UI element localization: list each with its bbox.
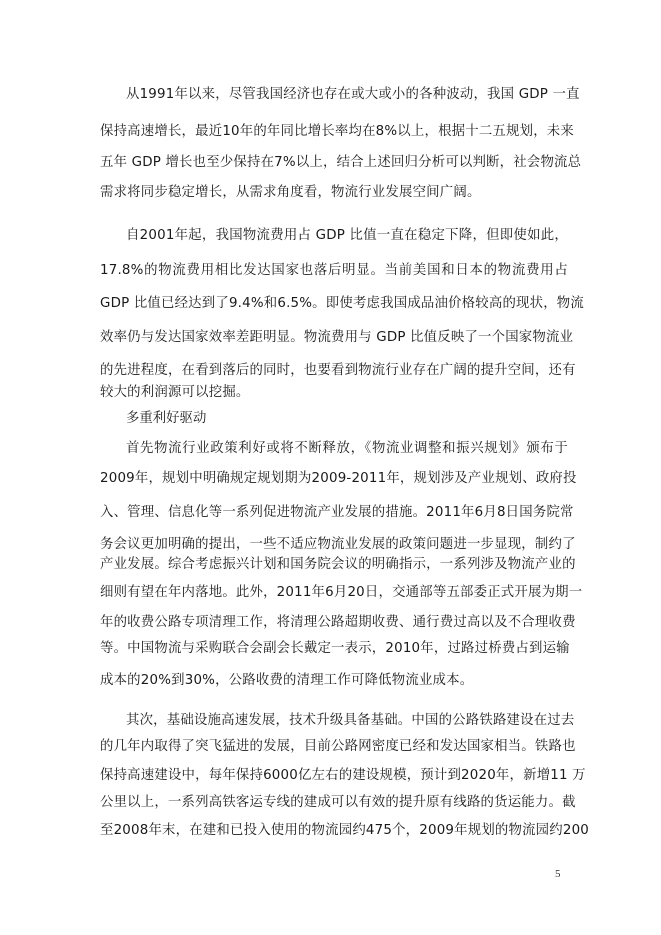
paragraph-2-line-2: 17.8%的物流费用相比发达国家也落后明显。当前美国和日本的物流费用占 xyxy=(100,262,568,280)
paragraph-1-line-3: 五年 GDP 增长也至少保持在7%以上，结合上述回归分析可以判断，社会物流总 xyxy=(100,154,568,172)
paragraph-1-line-1: 从1991年以来，尽管我国经济也存在或大或小的各种波动，我国 GDP 一直 xyxy=(126,86,568,104)
section-heading: 多重利好驱动 xyxy=(126,410,206,428)
paragraph-2-line-3: GDP 比值已经达到了9.4%和6.5%。即使考虑我国成品油价格较高的现状，物流 xyxy=(100,295,568,313)
paragraph-2-line-4: 效率仍与发达国家效率差距明显。物流费用与 GDP 比值反映了一个国家物流业 xyxy=(100,329,568,347)
paragraph-3-line-8: 等。中国物流与采购联合会副会长戴定一表示，2010年，过路过桥费占到运输 xyxy=(100,640,568,658)
paragraph-3-line-4: 务会议更加明确的提出，一些不适应物流业发展的政策问题进一步显现，制约了 xyxy=(100,536,568,554)
paragraph-4-line-2: 的几年内取得了突飞猛进的发展，目前公路网密度已经和发达国家相当。铁路也 xyxy=(100,738,568,756)
paragraph-3-line-7: 年的收费公路专项清理工作，将清理公路超期收费、通行费过高以及不合理收费 xyxy=(100,614,568,632)
paragraph-2-line-1: 自2001年起，我国物流费用占 GDP 比值一直在稳定下降，但即使如此， xyxy=(126,227,568,245)
paragraph-1-line-4: 需求将同步稳定增长，从需求角度看，物流行业发展空间广阔。 xyxy=(100,184,568,202)
paragraph-1-line-2: 保持高速增长，最近10年的年同比增长率均在8%以上，根据十二五规划，未来 xyxy=(100,123,568,141)
paragraph-4-line-1: 其次，基础设施高速发展，技术升级具备基础。中国的公路铁路建设在过去 xyxy=(126,712,568,730)
paragraph-2-line-5: 的先进程度，在看到落后的同时，也要看到物流行业存在广阔的提升空间，还有 xyxy=(100,362,568,380)
paragraph-3-line-3: 入、管理、信息化等一系列促进物流产业发展的措施。2011年6月8日国务院常 xyxy=(100,504,568,522)
page-number: 5 xyxy=(555,868,561,880)
paragraph-4-line-5: 至2008年末，在建和已投入使用的物流园约475个，2009年规划的物流园约20… xyxy=(100,822,568,840)
document-page: 从1991年以来，尽管我国经济也存在或大或小的各种波动，我国 GDP 一直 保持… xyxy=(0,0,661,935)
paragraph-3-line-6: 细则有望在年内落地。此外，2011年6月20日，交通部等五部委正式开展为期一 xyxy=(100,584,568,602)
paragraph-2-line-6: 较大的利润源可以挖掘。 xyxy=(100,384,568,402)
paragraph-4-line-3: 保持高速建设中，每年保持6000亿左右的建设规模，预计到2020年，新增11 万 xyxy=(100,767,568,785)
paragraph-4-line-4: 公里以上，一系列高铁客运专线的建成可以有效的提升原有线路的货运能力。截 xyxy=(100,794,568,812)
paragraph-3-line-5: 产业发展。综合考虑振兴计划和国务院会议的明确指示，一系列涉及物流产业的 xyxy=(100,556,568,574)
paragraph-3-line-2: 2009年，规划中明确规定规划期为2009-2011年，规划涉及产业规划、政府投 xyxy=(100,470,568,488)
paragraph-3-line-9: 成本的20%到30%，公路收费的清理工作可降低物流业成本。 xyxy=(100,672,568,690)
paragraph-3-line-1: 首先物流行业政策利好或将不断释放，《物流业调整和振兴规划》颁布于 xyxy=(126,440,568,458)
